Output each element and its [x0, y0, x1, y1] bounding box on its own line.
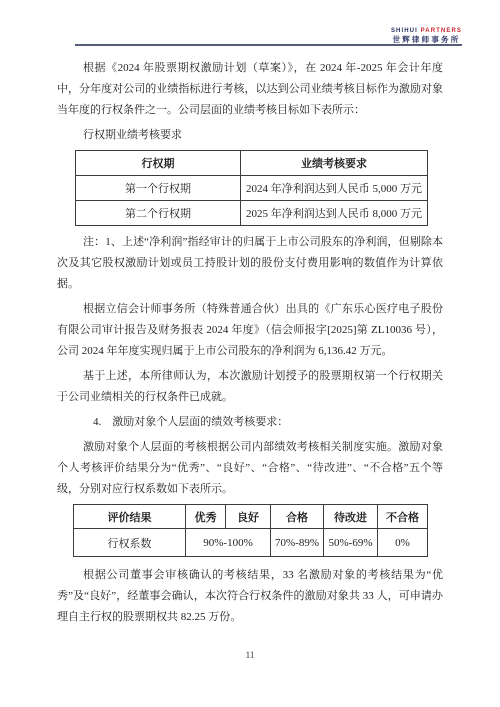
table1-cell-requirement-1: 2024 年净利润达到人民币 5,000 万元: [241, 176, 428, 201]
firm-logo: SHIHUI PARTNERS 世辉律师事务所: [391, 28, 462, 44]
paragraph-exercise-conditions: 根据《2024 年股票期权激励计划（草案）》，在 2024 年-2025 年会计…: [57, 58, 443, 121]
table2-header-unqualified: 不合格: [378, 505, 428, 529]
table1-cell-period-1: 第一个行权期: [76, 176, 241, 201]
table2-cell-coefficient-1: 90%-100%: [186, 529, 271, 557]
list-item-4: 4. 激励对象个人层面的绩效考核要求：: [57, 412, 443, 433]
paragraph-board-confirmation: 根据公司董事会审核确认的考核结果，33 名激励对象的考核结果为“优秀”及“良好”…: [57, 565, 443, 628]
paragraph-note: 注：1、上述“净利润”指经审计的归属于上市公司股东的净利润，但剔除本次及其它股权…: [57, 232, 443, 295]
table2-header-improve: 待改进: [324, 505, 378, 529]
table1-cell-requirement-2: 2025 年净利润达到人民币 8,000 万元: [241, 201, 428, 226]
table-row: 第二个行权期 2025 年净利润达到人民币 8,000 万元: [76, 201, 428, 226]
table2-header-result: 评价结果: [74, 505, 186, 529]
table2-cell-coefficient-2: 70%-89%: [271, 529, 324, 557]
table2-cell-coefficient-3: 50%-69%: [324, 529, 378, 557]
firm-name-latin: SHIHUI PARTNERS: [391, 28, 462, 34]
exercise-period-assessment-table: 行权期 业绩考核要求 第一个行权期 2024 年净利润达到人民币 5,000 万…: [75, 150, 428, 226]
table2-cell-label: 行权系数: [74, 529, 186, 557]
table1-cell-period-2: 第二个行权期: [76, 201, 241, 226]
table2-header-excellent: 优秀: [186, 505, 226, 529]
table1-header-period: 行权期: [76, 151, 241, 176]
firm-name-latin-part2: PARTNERS: [421, 28, 462, 34]
table-header-row: 评价结果 优秀 良好 合格 待改进 不合格: [74, 505, 428, 529]
table2-header-good: 良好: [226, 505, 271, 529]
document-page: SHIHUI PARTNERS 世辉律师事务所 根据《2024 年股票期权激励计…: [0, 0, 500, 707]
table1-header-requirement: 业绩考核要求: [241, 151, 428, 176]
paragraph-lawyer-opinion: 基于上述，本所律师认为，本次激励计划授予的股票期权第一个行权期关于公司业绩相关的…: [57, 366, 443, 408]
table-header-row: 行权期 业绩考核要求: [76, 151, 428, 176]
paragraph-audit-report: 根据立信会计师事务所（特殊普通合伙）出具的《广东乐心医疗电子股份有限公司审计报告…: [57, 299, 443, 362]
table2-header-qualified: 合格: [271, 505, 324, 529]
table-row: 第一个行权期 2024 年净利润达到人民币 5,000 万元: [76, 176, 428, 201]
header-rule-divider: [75, 44, 462, 46]
paragraph-individual-assessment: 激励对象个人层面的考核根据公司内部绩效考核相关制度实施。激励对象个人考核评价结果…: [57, 437, 443, 500]
firm-name-latin-part1: SHIHUI: [391, 28, 421, 34]
page-number: 11: [0, 650, 500, 660]
evaluation-result-table: 评价结果 优秀 良好 合格 待改进 不合格 行权系数 90%-100% 70%-…: [73, 504, 428, 557]
table1-caption: 行权期业绩考核要求: [57, 125, 443, 146]
table2-cell-coefficient-4: 0%: [378, 529, 428, 557]
firm-name-chinese: 世辉律师事务所: [391, 36, 462, 44]
document-content: 根据《2024 年股票期权激励计划（草案）》，在 2024 年-2025 年会计…: [57, 58, 443, 632]
table-row: 行权系数 90%-100% 70%-89% 50%-69% 0%: [74, 529, 428, 557]
letterhead: SHIHUI PARTNERS 世辉律师事务所: [0, 0, 500, 56]
